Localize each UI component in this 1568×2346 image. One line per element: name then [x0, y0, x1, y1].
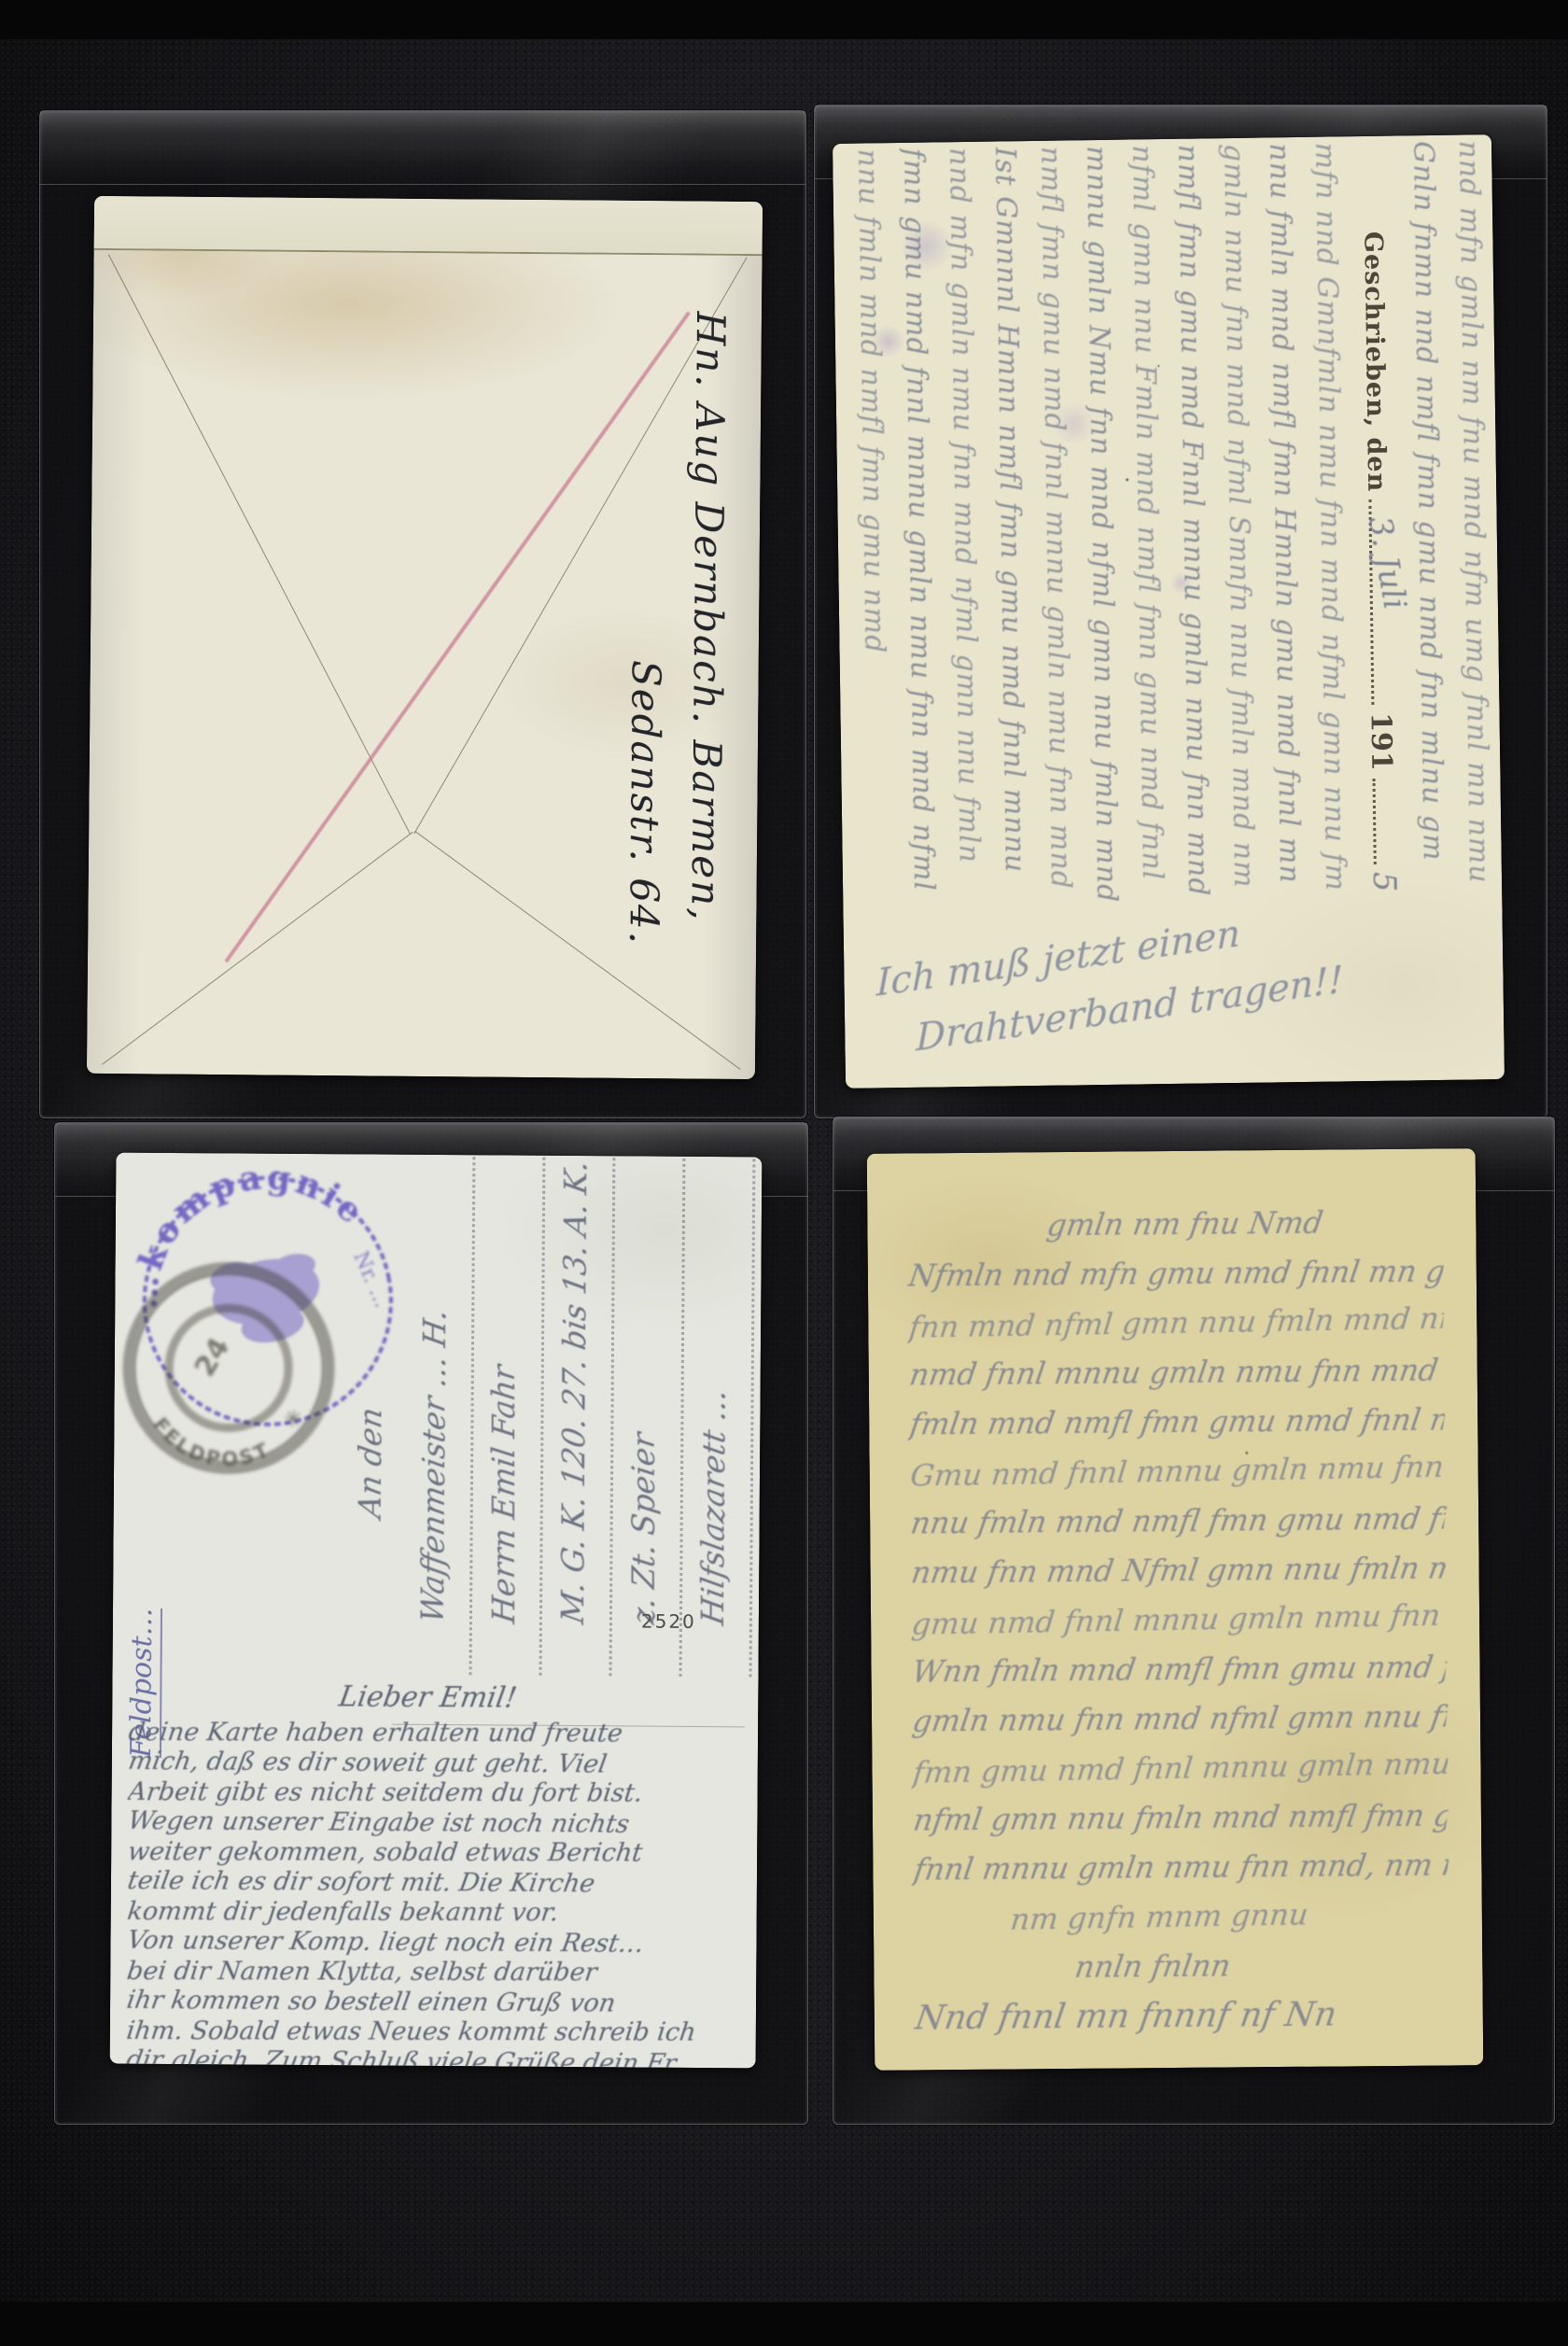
handwriting-line-illegible: nfml gmn nnu Fmln mnd nmfl fmn gmu nmd f…	[1126, 145, 1169, 880]
handwriting-line-illegible: nnu fmln mnd nmfl fmn Hmnln gmu nmd fnnl…	[1263, 143, 1306, 884]
handwriting-line-illegible: Gnln fnmn nnd nmfl fmn gmu nmd fnn mlnu …	[1407, 141, 1449, 862]
handwriting-line-illegible: fmn gmu nmd fnnl mnnu gmln nmu fnn mnd n…	[897, 148, 940, 892]
envelope-crease	[102, 832, 413, 1065]
handwriting-line: weiter gekommen, sobald etwas Bericht	[126, 1837, 748, 1869]
handwriting-line: Von unserer Komp. liegt noch ein Rest…	[125, 1926, 748, 1960]
handwriting-line-illegible: fnn mnd nfml gmn nnu fmln mnd nmfl fmn g…	[906, 1294, 1446, 1353]
address-line: Hilfslazarett …	[682, 1384, 746, 1630]
address-rows: Waffenmeister … H.Herrn Emil FahrM. G. K…	[402, 1157, 756, 1678]
handwriting-line: Wegen unserer Eingabe ist noch nichts	[126, 1806, 749, 1841]
sleeve-gloss	[40, 111, 805, 185]
dotted-leader: 3. Juli	[1368, 499, 1393, 705]
handwriting-line-illegible: nnd mfn gmln nm fnu mnd nfm umg fnnl mn …	[1452, 140, 1495, 884]
album-photo: Hn. Aug Dernbach. Barmen, Sedanstr. 64. …	[0, 0, 1568, 2346]
handwriting-line-illegible: nfml gmn nnu fmln mnd nmfl fmn gmu nmd	[910, 1791, 1451, 1845]
pencil-script-lines: gmln nm fnu NmdNfmln nnd mfn gmu nmd fnn…	[908, 1197, 1449, 2043]
imprint-number: 2520	[641, 1610, 696, 1633]
handwriting-line: mich, daß es dir soweit gut geht. Viel	[126, 1747, 749, 1781]
handwriting-line-illegible: nnln fnlnn	[911, 1939, 1452, 1993]
handwriting-line-illegible: nmd fnnl mnnu gmln nmu fnn mnd nfml gmn …	[906, 1345, 1448, 1399]
handwriting-line-illegible: nnu fmln mnd nmfl fmn gmu nmd fnnl mnnu …	[907, 1494, 1449, 1548]
handwriting-line-illegible: fmln mnd nmfl fmn gmu nmd fnnl mnnu gmln…	[906, 1395, 1448, 1449]
postmark-star: ✳	[282, 1405, 304, 1434]
handwriting-line-illegible: mnnu gmln Nmu fnn mnd nfml gmn nnu fmln …	[1080, 146, 1123, 904]
handwriting-line-illegible: fnnl mnnu gmln nmu fnn mnd, nm nmbnuf	[910, 1840, 1451, 1894]
handwriting-line: ihm. Sobald etwas Neues kommt schreib ic…	[125, 2016, 747, 2048]
handwriting-line-illegible: Nfmln nnd mfn gmu nmd fnnl mn gmln nmu	[905, 1246, 1447, 1300]
handwriting-line-illegible: gmu nmd fnnl mnnu gmln nmu fnn mnd nfml	[909, 1591, 1449, 1650]
handwriting-line-illegible: Gmu nmd fnnl mnnu gmln nmu fnn mnd nfml …	[908, 1442, 1448, 1501]
handwriting-line: bei dir Namen Klytta, selbst darüber	[125, 1957, 747, 1988]
sleeve-top-right: nnd mfn gmln nm fnu mnd nfm umg fnnl mn …	[814, 105, 1547, 1118]
sleeve-top-left: Hn. Aug Dernbach. Barmen, Sedanstr. 64.	[39, 110, 806, 1118]
postcard-tan-message: gmln nm fnu NmdNfmln nnd mfn gmu nmd fnn…	[867, 1148, 1484, 2071]
handwriting-line-illegible: Ist Gmnnnl Hmnn nmfl fmn gmu nmd fnnl mn…	[988, 147, 1031, 873]
handwriting-line-illegible: gmln nmu fnn mnd nfml Smnfn nnu fmln mnd…	[1217, 144, 1260, 889]
handwriting-line-illegible: nm gnfn mnm gnnu	[912, 1888, 1451, 1946]
handwriting-line-illegible: nnd mfn gmln nmu fnn mnd nfml gmn nnu fm…	[943, 148, 986, 864]
handwriting-line-illegible: gmln nm fnu Nmd	[904, 1197, 1446, 1251]
handwriting-line: dir gleich. Zum Schluß viele Grüße dein …	[124, 2045, 747, 2069]
envelope-address-line-1: Hn. Aug Dernbach. Barmen,	[682, 311, 734, 921]
printed-year: 191	[1365, 712, 1398, 771]
message-block: Lieber Emil!deine Karte haben erhalten u…	[126, 1676, 747, 2069]
handwriting-line-illegible: Wnn fmln mnd nmfl fmn gmu nmd fnnl mnnu	[909, 1642, 1450, 1696]
postcard-pencil-message: nnd mfn gmln nm fnu mnd nfm umg fnnl mn …	[833, 134, 1505, 1089]
dotted-leader	[1373, 779, 1395, 864]
sleeve-bottom-right: gmln nm fnu NmdNfmln nnd mfn gmu nmd fnn…	[833, 1117, 1555, 2125]
handwriting-line-illegible: nmu fnn mnd Nfml gmn nnu fmln mnd nmfl f…	[908, 1543, 1449, 1597]
handwriting-line-illegible: mfn nnd Gmnfmln nmu fnn mnd nfml gmn nnu…	[1309, 142, 1351, 892]
envelope-crease	[108, 254, 411, 834]
address-line: M. G. K. 120. 27. bis 13. A. K.	[542, 1158, 607, 1629]
handwriting-line-illegible: gmln nmu fnn mnd nfml gmn nnu fmln mnd n…	[909, 1692, 1450, 1746]
handwriting-line: teile ich es dir sofort mit. Die Kirche	[125, 1866, 748, 1901]
handwriting-line: Arbeit gibt es nicht seitdem du fort bis…	[126, 1777, 748, 1809]
address-line: z. Zt. Speier	[613, 1429, 675, 1628]
sleeve-bottom-left: An den Waffenmeister … H.Herrn Emil Fahr…	[54, 1122, 808, 2125]
postmark: FELDPOST ✳ 24	[110, 1230, 367, 1510]
postcard-feldpost-address-side: An den Waffenmeister … H.Herrn Emil Fahr…	[110, 1153, 763, 2069]
envelope-flap-strip	[94, 196, 763, 256]
handwriting-line: Lieber Emil!	[126, 1676, 750, 1721]
address-line: Herrn Emil Fahr	[473, 1361, 535, 1626]
handwriting-line: ihr kommen so bestell einen Gruß von	[124, 1986, 747, 2020]
envelope-back: Hn. Aug Dernbach. Barmen, Sedanstr. 64.	[87, 196, 763, 1079]
handwriting-line-illegible: nmfl fmn gmu nmd Fnnl mnnu gmln nmu fnn …	[1171, 144, 1214, 896]
handwriting-line-illegible: nmfl fmn gmu nmd fnnl mnnu gmln nmu fnn …	[1034, 146, 1077, 890]
handwriting-line-illegible: Nnd fnnl mn fnnnf nf Nn	[912, 1988, 1453, 2043]
handwriting-line: deine Karte haben erhalten und freute	[127, 1718, 749, 1749]
postmark-date: 24	[189, 1332, 236, 1383]
handwriting-line: kommt dir jedenfalls bekannt vor.	[126, 1897, 748, 1929]
handwriting-line-illegible: nnu fmln mnd nmfl fmn gmu nmd	[851, 148, 891, 653]
handwriting-line-illegible: fmn gmu nmd fnnl mnnu gmln nmu fnn mnd	[910, 1739, 1449, 1798]
printed-label-geschrieben: Geschrieben, den	[1358, 232, 1391, 493]
envelope-address-line-2: Sedanstr. 64.	[621, 660, 669, 946]
